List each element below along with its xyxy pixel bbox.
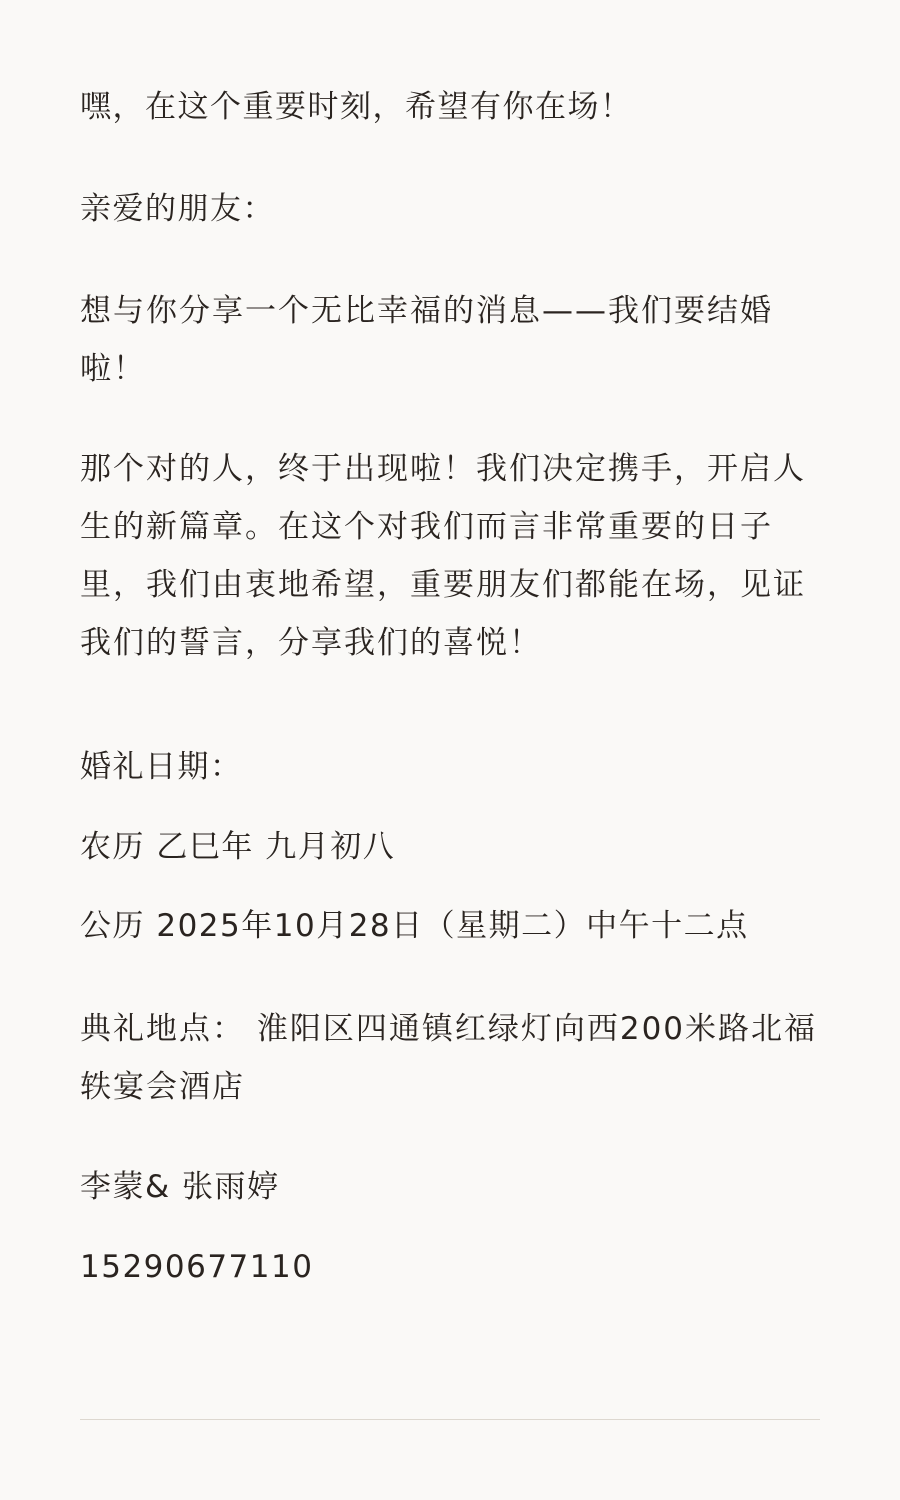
announcement-text: 想与你分享一个无比幸福的消息——我们要结婚啦！ xyxy=(80,282,825,398)
contact-phone[interactable]: 15290677110 xyxy=(80,1238,820,1296)
venue-text: 典礼地点： 淮阳区四通镇红绿灯向西200米路北福轶宴会酒店 xyxy=(80,1000,825,1116)
salutation-text: 亲爱的朋友： xyxy=(80,180,820,238)
date-label: 婚礼日期： xyxy=(80,738,820,796)
couple-names: 李蒙& 张雨婷 xyxy=(80,1158,820,1216)
greeting-text: 嘿，在这个重要时刻，希望有你在场！ xyxy=(80,78,820,136)
body-paragraph: 那个对的人，终于出现啦！我们决定携手，开启人生的新篇章。在这个对我们而言非常重要… xyxy=(80,440,825,672)
lunar-date: 农历 乙巳年 九月初八 xyxy=(80,818,820,876)
solar-date: 公历 2025年10月28日（星期二）中午十二点 xyxy=(80,897,820,955)
bottom-divider xyxy=(80,1419,820,1420)
